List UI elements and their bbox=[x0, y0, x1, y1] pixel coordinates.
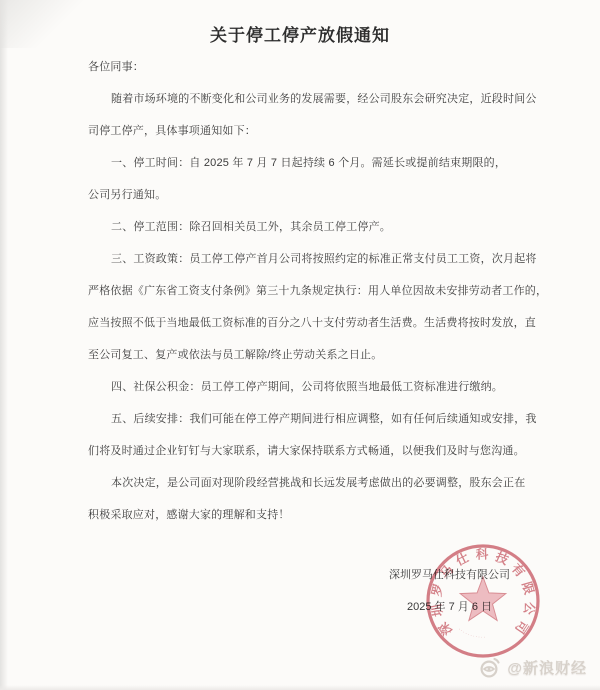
document-body: 各位同事： 随着市场环境的不断变化和公司业务的发展需要，经公司股东会研究决定，近… bbox=[88, 51, 528, 531]
salutation-line: 各位同事： bbox=[88, 51, 528, 83]
notice-document-photo: 关于停工停产放假通知 各位同事： 随着市场环境的不断变化和公司业务的发展需要，经… bbox=[0, 0, 600, 690]
paper-left-edge bbox=[0, 0, 8, 690]
item3-line-2: 严格依据《广东省工资支付条例》第三十九条规定执行：用人单位因故未安排劳动者工作的… bbox=[88, 275, 528, 307]
sina-finance-logo-icon bbox=[478, 656, 502, 678]
closing-line-2: 积极采取应对，感谢大家的理解和支持！ bbox=[88, 499, 528, 531]
svg-text:· · · · · · · · · · ·: · · · · · · · · · · · bbox=[457, 626, 485, 639]
signature-block: 深圳罗马仕科技有限公司 2025 年 7 月 6 日 bbox=[389, 559, 510, 623]
item3-line-4: 至公司复工、复产或依法与员工解除/终止劳动关系之日止。 bbox=[88, 339, 528, 371]
document-title: 关于停工停产放假通知 bbox=[0, 21, 600, 46]
seal-serial-marks: · · · · · · · · · · · bbox=[457, 626, 485, 639]
item3-line-3: 应当按照不低于当地最低工资标准的百分之八十支付劳动者生活费。生活费将按时发放，直 bbox=[88, 307, 528, 339]
item5-line-1: 五、后续安排：我们可能在停工停产期间进行相应调整，如有任何后续通知或安排，我 bbox=[88, 403, 528, 435]
item2-line-1: 二、停工范围：除召回相关员工外，其余员工停工停产。 bbox=[88, 211, 528, 243]
item1-line-2: 公司另行通知。 bbox=[88, 179, 528, 211]
signature-date: 2025 年 7 月 6 日 bbox=[389, 591, 510, 623]
intro-line-2: 司停工停产，具体事项通知如下： bbox=[88, 115, 528, 147]
item1-line-1: 一、停工时间：自 2025 年 7 月 7 日起持续 6 个月。需延长或提前结束… bbox=[88, 147, 528, 179]
intro-line-1: 随着市场环境的不断变化和公司业务的发展需要，经公司股东会研究决定，近段时间公 bbox=[88, 83, 528, 115]
item3-line-1: 三、工资政策：员工停工停产首月公司将按照约定的标准正常支付员工工资，次月起将 bbox=[88, 243, 528, 275]
item5-line-2: 们将及时通过企业钉钉与大家联系，请大家保持联系方式畅通，以便我们及时与您沟通。 bbox=[88, 435, 528, 467]
closing-line-1: 本次决定，是公司面对现阶段经营挑战和长远发展考虑做出的必要调整，股东会正在 bbox=[88, 467, 528, 499]
paper-bottom-edge bbox=[0, 685, 600, 690]
watermark-label: @新浪财经 bbox=[507, 657, 587, 678]
item4-line-1: 四、社保公积金：员工停工停产期间，公司将依照当地最低工资标准进行缴纳。 bbox=[88, 371, 528, 403]
watermark: @新浪财经 bbox=[478, 656, 587, 678]
company-name: 深圳罗马仕科技有限公司 bbox=[389, 559, 510, 591]
